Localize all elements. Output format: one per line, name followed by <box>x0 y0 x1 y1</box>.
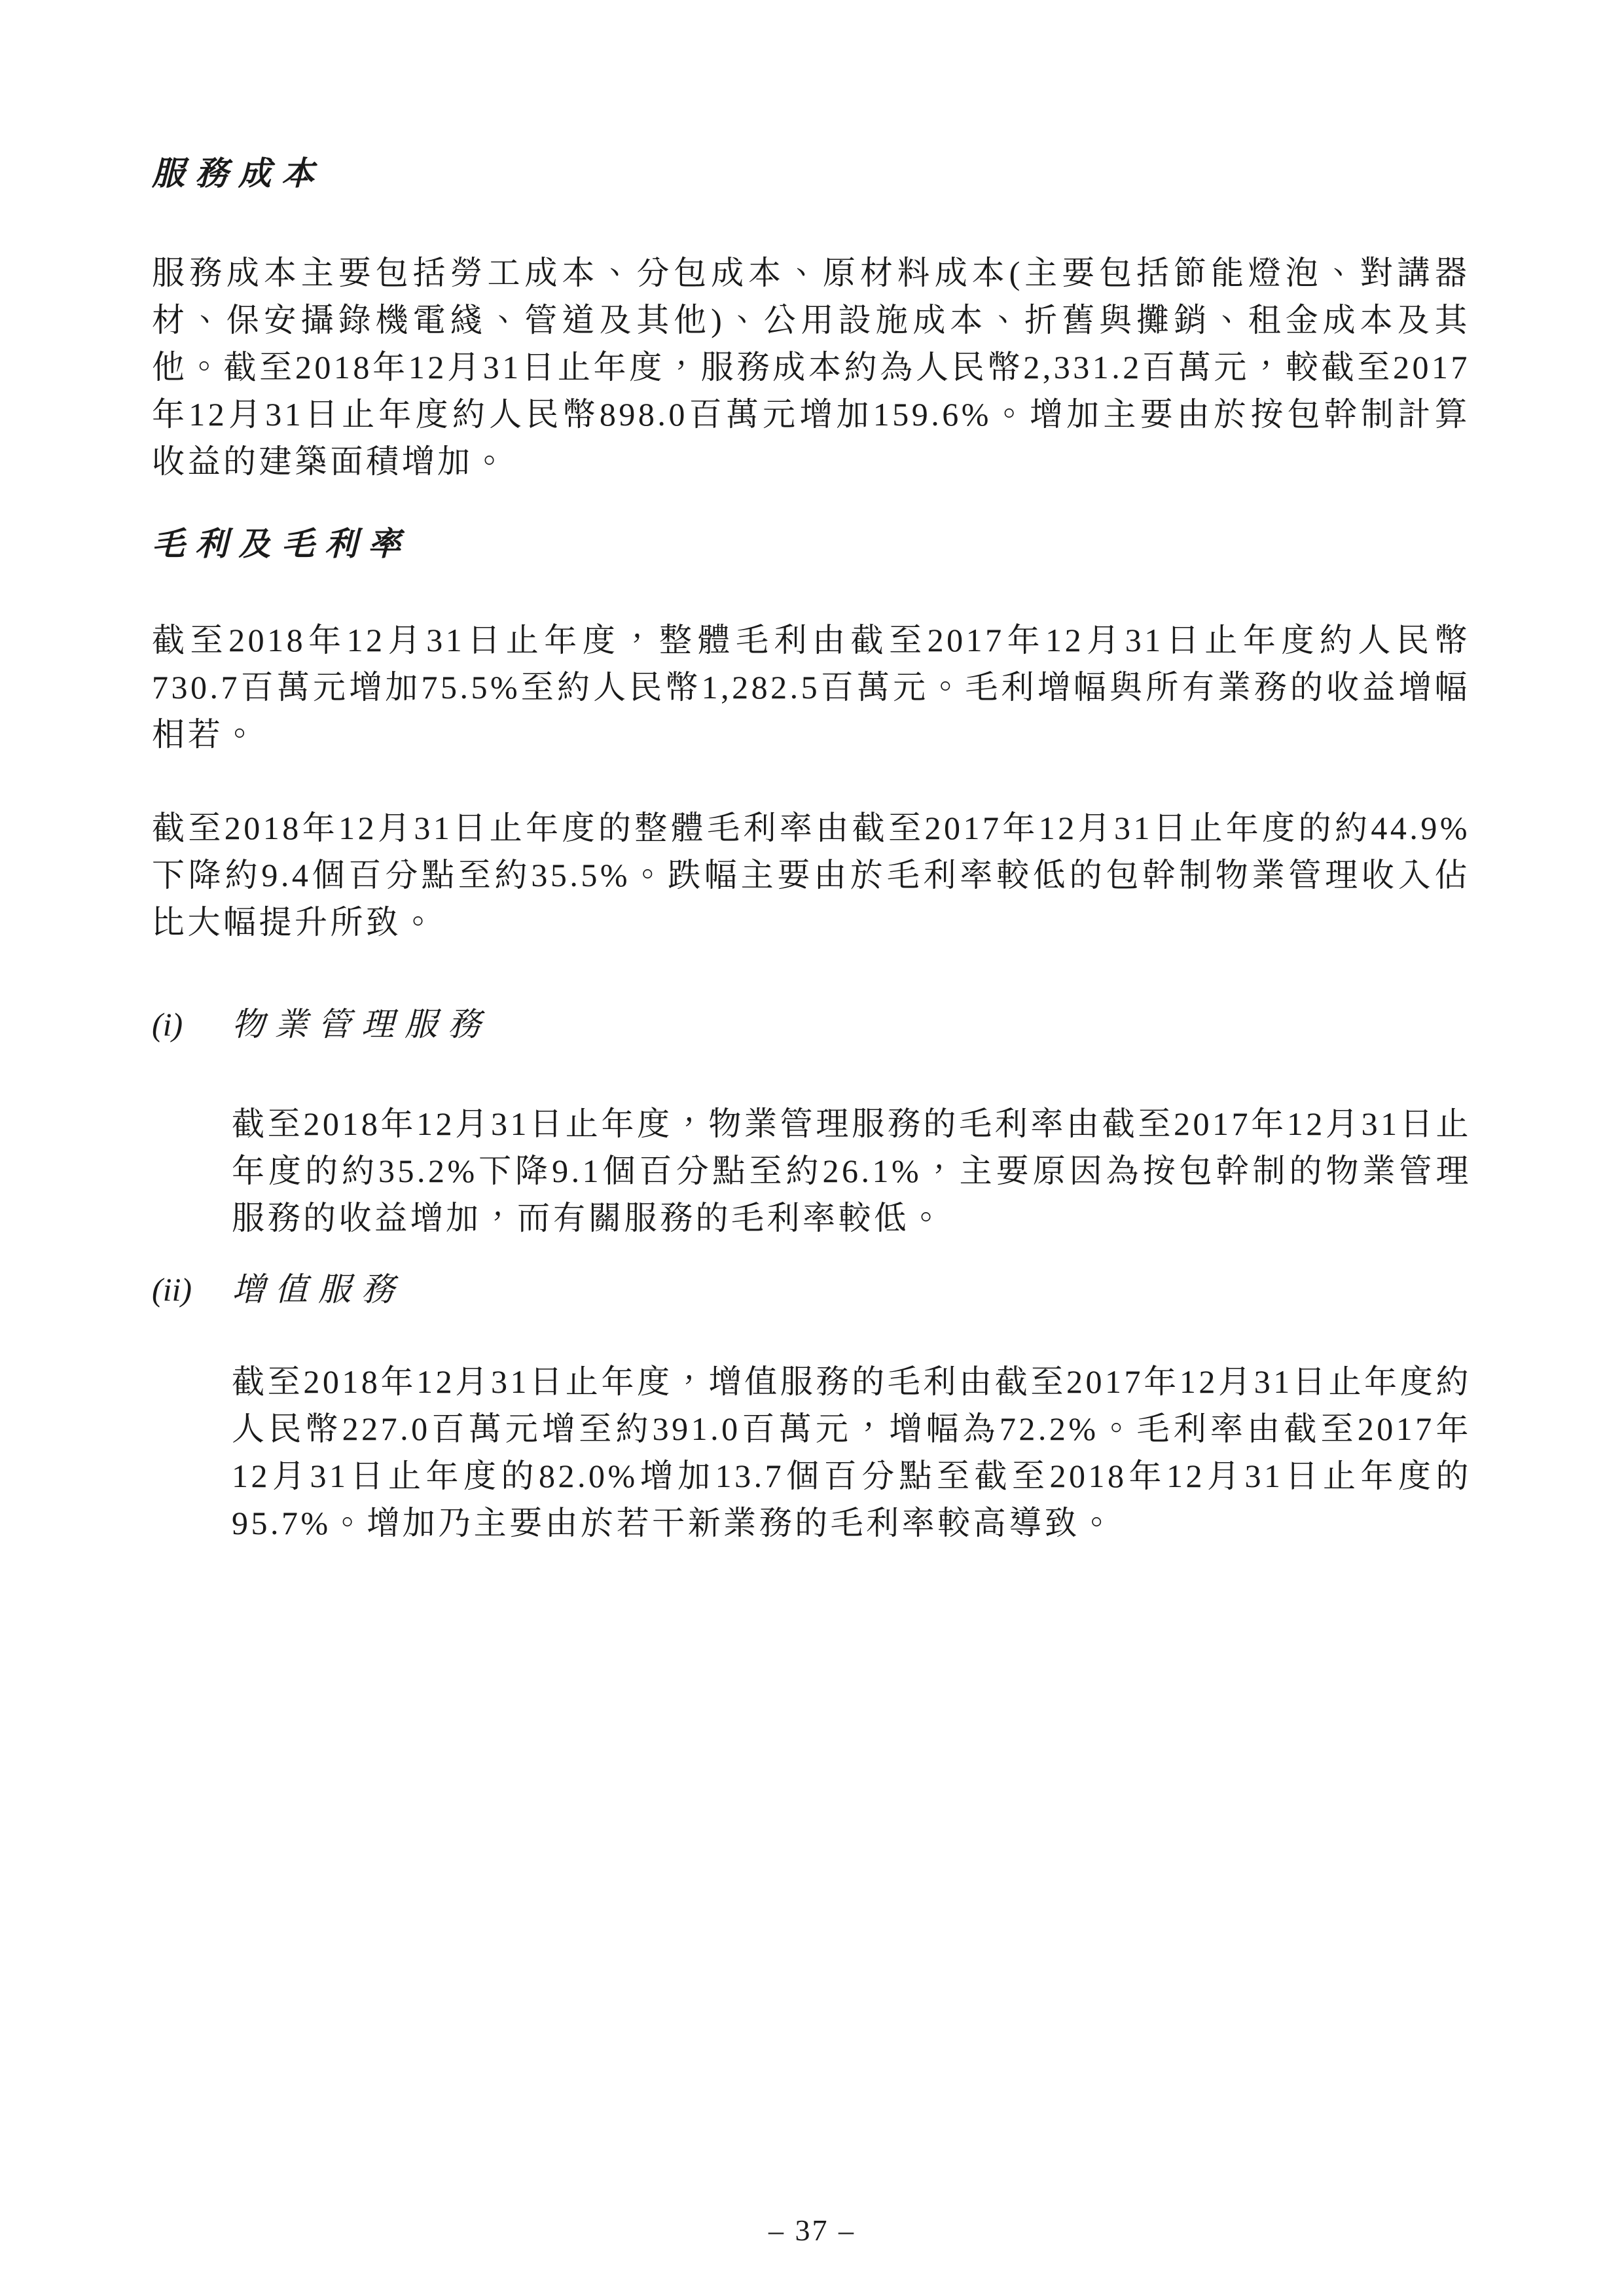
paragraph-value-added-services: 截至2018年12月31日止年度，增值服務的毛利由截至2017年12月31日止年… <box>232 1358 1471 1547</box>
list-label-ii: (ii) <box>152 1266 224 1313</box>
heading-gross-profit: 毛利及毛利率 <box>152 520 1470 567</box>
heading-cost-of-services: 服務成本 <box>152 150 1470 197</box>
paragraph-gross-profit-margin: 截至2018年12月31日止年度的整體毛利率由截至2017年12月31日止年度的… <box>152 804 1470 946</box>
list-title-property-management-services: 物業管理服務 <box>232 1001 1471 1048</box>
document-page: 服務成本 服務成本主要包括勞工成本、分包成本、原材料成本(主要包括節能燈泡、對講… <box>0 0 1624 2296</box>
list-label-i: (i) <box>152 1001 224 1048</box>
paragraph-gross-profit-overall: 截至2018年12月31日止年度，整體毛利由截至2017年12月31日止年度約人… <box>152 617 1470 758</box>
paragraph-cost-of-services: 服務成本主要包括勞工成本、分包成本、原材料成本(主要包括節能燈泡、對講器材、保安… <box>152 249 1470 485</box>
list-title-value-added-services: 增值服務 <box>232 1266 1471 1313</box>
page-number: – 37 – <box>0 2211 1624 2250</box>
paragraph-property-management-services: 截至2018年12月31日止年度，物業管理服務的毛利率由截至2017年12月31… <box>232 1100 1471 1242</box>
